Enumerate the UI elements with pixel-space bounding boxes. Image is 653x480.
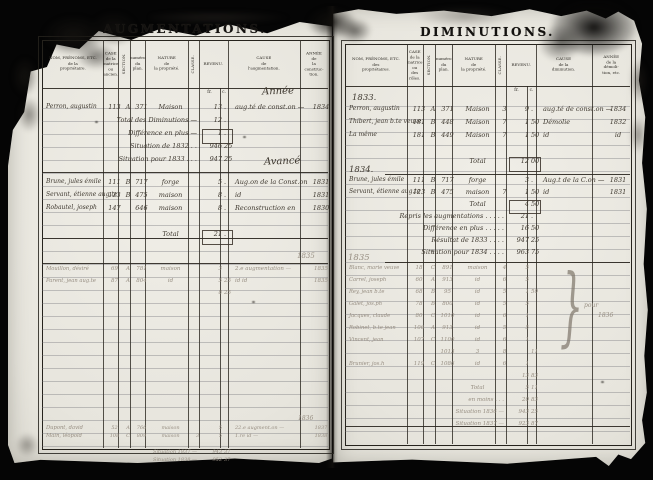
cell-owner-name <box>44 291 107 303</box>
cell-revenu: 5 <box>510 266 540 278</box>
cell-cause <box>232 291 307 303</box>
cell-revenu-centimes: 25 <box>224 156 232 169</box>
cell-section <box>122 442 134 450</box>
cell-revenu-francs: 1 <box>510 132 531 145</box>
cell-revenu-francs: 923 <box>510 422 531 434</box>
cell-plan-number <box>439 374 456 386</box>
cell-classe <box>192 267 203 279</box>
cell-case <box>411 374 427 386</box>
cell-cause <box>540 398 599 410</box>
entries-1834-augmentations: Brune, jules émile 111 B 717 forge 5. Au… <box>44 179 328 244</box>
cell-revenu: 96375 <box>510 249 540 261</box>
speck <box>431 250 434 252</box>
unit-label-francs: fr. <box>201 89 219 94</box>
cell-spanning-note: Différence en plus . . . . . <box>347 225 508 232</box>
entries-bottom-augmentations-pencil: Dupont, david 52 A 766 maison 5 22.e aug… <box>44 426 328 466</box>
cell-year <box>307 442 335 450</box>
cell-revenu: 95237 <box>203 458 232 466</box>
cell-year <box>599 213 637 225</box>
cell-revenu-centimes <box>531 326 540 338</box>
cell-nature: Total <box>456 158 499 171</box>
table-row: 96375 Situation pour 1834 . . . . <box>347 249 630 261</box>
cell-classe: 6 <box>499 362 510 374</box>
col-header-cause: CAUSE de l'augmentation. <box>228 40 300 88</box>
cell-cause <box>540 145 599 158</box>
cell-cause <box>232 458 307 466</box>
cell-nature: id <box>456 362 499 374</box>
cell-revenu-centimes: 87 <box>531 422 540 434</box>
cell-section <box>427 374 439 386</box>
cell-classe <box>192 192 203 205</box>
cell-case: 107 <box>411 338 427 350</box>
cell-section: B <box>122 192 134 205</box>
cell-classe <box>192 231 203 244</box>
cell-cause <box>540 237 599 249</box>
cell-cause <box>232 450 307 458</box>
table-row: 92387 Situation 1837 — <box>347 422 630 434</box>
cell-spanning-note: Situation pour 1834 . . . . <box>347 249 508 256</box>
cell-cause: id <box>540 132 599 145</box>
cell-plan-number: 449 <box>439 132 456 145</box>
cell-spanning-note: Différence en plus — <box>44 130 201 137</box>
cell-cause <box>540 201 599 213</box>
cell-cause <box>540 362 599 374</box>
cell-spanning-note: Situation pour 1833 . . . <box>44 156 201 163</box>
cell-revenu-centimes: 50 <box>531 132 540 145</box>
table-row: 825 <box>44 291 328 303</box>
cell-owner-name <box>347 386 411 398</box>
cell-cause: aug.té de const.on — <box>232 104 307 117</box>
cell-section: B <box>427 189 439 201</box>
cell-owner-name: Servant, étienne aug.te <box>347 189 411 201</box>
speck <box>243 136 246 138</box>
cell-revenu-centimes <box>531 314 540 326</box>
year-heading-1834: 1834. <box>349 165 373 175</box>
cell-cause <box>540 422 599 434</box>
cell-revenu-centimes: 11 <box>531 350 540 362</box>
cell-case <box>107 291 122 303</box>
cell-year <box>599 386 637 398</box>
cell-case <box>411 386 427 398</box>
col-header-nature: NATURE de la propriété. <box>145 40 188 88</box>
cell-year <box>599 326 637 338</box>
cell-revenu-centimes <box>224 426 232 434</box>
cell-plan-number <box>134 442 149 450</box>
table-row: Robautel, joseph 147 646 maison 8. Recon… <box>44 205 328 218</box>
cell-year <box>599 374 637 386</box>
col-header-owner: NOM, PRÉNOMS, ETC. de la propriétaire. <box>42 40 103 88</box>
cell-revenu-centimes: 00 <box>531 158 540 171</box>
table-row <box>44 218 328 231</box>
cell-revenu: 5 <box>510 326 540 338</box>
col-header-annee: ANNÉE de la construc- tion. <box>300 40 328 88</box>
cell-nature: Maison <box>456 132 499 145</box>
cell-spanning-note: Situation 1837 — <box>44 450 201 455</box>
cell-owner-name <box>44 218 107 231</box>
cell-section <box>427 145 439 158</box>
table-row <box>347 145 630 158</box>
cell-revenu: 1200 <box>510 158 540 171</box>
cell-classe <box>499 145 510 158</box>
table-row: Parent, jean aug.te 87 A 804 id 525 id i… <box>44 279 328 291</box>
cell-cause <box>540 386 599 398</box>
cell-year <box>307 291 335 303</box>
cell-revenu-francs: 952 <box>203 458 224 466</box>
cell-spanning-note: Repris les augmentations . . . . . <box>347 213 508 220</box>
col-header-owner: NOM, PRÉNOMS, ETC. des propriétaires. <box>345 44 407 86</box>
table-row: Carrel, joseph 60 A 913 id 6 5 <box>347 278 630 290</box>
cell-revenu: 825 <box>203 291 232 303</box>
cell-revenu: 5 <box>203 434 232 442</box>
year-heading-1833: 1833. <box>352 93 376 103</box>
cell-nature: Total <box>149 231 192 244</box>
cell-classe <box>192 179 203 192</box>
cell-year <box>599 278 637 290</box>
col-header-plan: numéro du plan. <box>435 44 452 86</box>
cell-section: C <box>122 434 134 442</box>
table-row: Blanc, marie veuve 18 C 891 maison 4 5 <box>347 266 630 278</box>
cell-cause <box>232 442 307 450</box>
cell-case: 108 <box>107 434 122 442</box>
grid-line <box>118 40 119 448</box>
cell-spanning-note: Situation 1836 — <box>347 410 508 416</box>
cell-section: C <box>427 338 439 350</box>
table-row: Rey, jean b.te 68 B 95 id 5 150 <box>347 290 630 302</box>
cell-revenu-francs: 1 <box>510 338 531 350</box>
script-annotation-annee: Année <box>262 85 294 97</box>
cell-owner-name: Perron, augustin <box>44 104 107 117</box>
table-row: Servant, étienne aug.te 123 B 475 maison… <box>347 189 630 201</box>
col-header-classe: CLASSE. <box>495 44 506 86</box>
cell-revenu-francs: 21 <box>203 231 224 244</box>
table-row: La même 181 B 449 Maison 7 150 id id <box>347 132 630 145</box>
table-row: 95237 Situation 1838 — <box>44 458 328 466</box>
cell-plan-number <box>134 218 149 231</box>
grid-line <box>103 40 104 448</box>
cell-revenu-francs: 963 <box>510 249 531 261</box>
brace-note: pour <box>584 302 598 309</box>
cell-year <box>599 145 637 158</box>
col-header-annee: ANNÉE de la démoli- tion, etc. <box>592 44 630 86</box>
grouping-brace: } <box>560 264 583 350</box>
cell-year <box>307 450 335 458</box>
cell-revenu-centimes: 50 <box>531 290 540 302</box>
cell-cause <box>232 143 307 156</box>
cell-case <box>107 231 122 244</box>
cell-year: 1838 <box>307 434 335 442</box>
cell-spanning-note: en moins . . . <box>347 398 508 404</box>
cell-owner-name <box>44 231 107 244</box>
cell-revenu-centimes: . <box>224 205 232 218</box>
right-table-header: NOM, PRÉNOMS, ETC. des propriétaires. CA… <box>345 44 630 86</box>
cell-case <box>411 145 427 158</box>
cell-cause: Reconstruction en <box>232 205 307 218</box>
grid-line <box>199 40 200 448</box>
cell-year <box>599 410 637 422</box>
table-row: 1013 3 8 11 <box>347 350 630 362</box>
grid-line <box>345 86 630 87</box>
cell-year <box>307 458 335 466</box>
cell-year <box>307 156 335 169</box>
cell-year <box>599 225 637 237</box>
cell-plan-number <box>134 231 149 244</box>
unit-label-francs: fr. <box>508 87 526 92</box>
cell-section: A <box>122 279 134 291</box>
table-row: Brunier, jos.h 119 C 1086 id 6 1 <box>347 362 630 374</box>
speck <box>95 121 98 123</box>
cell-classe <box>499 374 510 386</box>
table-row: Total 21. <box>44 231 328 244</box>
grid-line <box>300 40 301 448</box>
cell-year <box>599 350 637 362</box>
cell-revenu: 21. <box>203 231 232 244</box>
cell-classe <box>192 218 203 231</box>
cell-case <box>411 158 427 171</box>
cell-year: 1834 <box>307 104 335 117</box>
cell-case: 123 <box>411 189 427 201</box>
cell-owner-name: Brunier, jos.h <box>347 362 411 374</box>
cell-plan-number: 809 <box>134 434 149 442</box>
cell-owner-name: Main, léopold <box>44 434 107 442</box>
grid-line <box>385 262 630 263</box>
cell-owner-name <box>44 442 107 450</box>
cell-revenu: 5 <box>203 426 232 434</box>
left-page-title: AUGMENTATIONS. <box>42 22 328 36</box>
col-header-nature: NATURE de la propriété. <box>452 44 495 86</box>
year-heading-1835: 1835 <box>348 253 370 263</box>
cell-classe <box>192 291 203 303</box>
cell-case: 181 <box>411 132 427 145</box>
cell-revenu-centimes: . <box>224 231 232 244</box>
entries-1833-diminutions: Perron, augustin 113 A 371 Maison 3 9. a… <box>347 106 630 171</box>
cell-revenu-centimes: 75 <box>531 249 540 261</box>
cell-cause <box>540 213 599 225</box>
cell-year <box>599 338 637 350</box>
speck <box>252 301 255 303</box>
pencil-year-annotation: 1836 <box>298 415 313 422</box>
table-row: Robinet, b.te jean 106 A 913 id 5 5 <box>347 326 630 338</box>
cell-revenu-centimes: 37 <box>224 458 232 466</box>
grid-line <box>130 40 131 448</box>
cell-cause <box>540 410 599 422</box>
cell-year <box>599 237 637 249</box>
cell-plan-number: 804 <box>134 279 149 291</box>
scanned-register-spread: AUGMENTATIONS. DIMINUTIONS. NOM, PRÉNOMS… <box>0 0 653 480</box>
col-header-revenu: REVENU. <box>506 44 536 86</box>
cell-plan-number: 1086 <box>439 362 456 374</box>
pencil-year-annotation: 1835 <box>297 252 315 260</box>
script-annotation-avance: Avancé <box>264 155 301 167</box>
col-header-cause: CAUSE de la diminution. <box>536 44 592 86</box>
cell-spanning-note: Total des Diminutions — <box>44 117 201 124</box>
cell-nature <box>149 291 192 303</box>
cell-year <box>599 290 637 302</box>
cell-year <box>599 158 637 171</box>
cell-revenu: 5 <box>510 302 540 314</box>
cell-section <box>122 205 134 218</box>
cell-cause: id <box>540 189 599 201</box>
cell-spanning-note: Situation 1837 — <box>347 422 508 428</box>
grid-line <box>42 263 328 264</box>
cell-year <box>307 218 335 231</box>
cell-classe <box>192 279 203 291</box>
cell-cause <box>540 374 599 386</box>
grid-line <box>385 174 630 175</box>
cell-year <box>599 422 637 434</box>
cell-year <box>599 362 637 374</box>
col-header-section: SECTION. <box>118 40 130 88</box>
cell-spanning-note: Situation 1838 — <box>44 458 201 463</box>
cell-owner-name: La même <box>347 132 411 145</box>
cell-plan-number: 646 <box>134 205 149 218</box>
cell-year <box>307 130 335 143</box>
cell-cause: Aug.on de la Const.on <box>232 179 307 192</box>
cell-revenu-francs: 12 <box>510 158 531 171</box>
table-row: 1383 <box>347 374 630 386</box>
cell-section: C <box>427 362 439 374</box>
cell-year <box>307 143 335 156</box>
cell-section <box>122 218 134 231</box>
cell-revenu-francs: 947 <box>203 156 224 169</box>
cell-case: 147 <box>107 205 122 218</box>
cell-revenu: 8. <box>203 205 232 218</box>
cell-revenu-centimes <box>531 302 540 314</box>
cell-case <box>107 442 122 450</box>
table-row: Dupont, david 52 A 766 maison 5 22.e aug… <box>44 426 328 434</box>
cell-case: 87 <box>107 279 122 291</box>
cell-revenu: 11 <box>510 350 540 362</box>
cell-classe: 3 <box>192 434 203 442</box>
cell-revenu: 94725 <box>203 156 232 169</box>
cell-cause: 1.re id — <box>232 434 307 442</box>
cell-revenu-francs: 8 <box>203 291 224 303</box>
cell-spanning-note: Situation de 1832 . . <box>44 143 201 150</box>
right-page-title: DIMINUTIONS. <box>345 25 630 39</box>
cell-revenu-francs: 5 <box>203 434 224 442</box>
cell-year <box>599 266 637 278</box>
cell-nature: maison <box>149 434 192 442</box>
cell-year <box>307 231 335 244</box>
cell-cause <box>232 218 307 231</box>
cell-revenu-centimes <box>531 266 540 278</box>
grid-line <box>228 40 229 448</box>
cell-year <box>599 201 637 213</box>
cell-year <box>599 398 637 410</box>
cell-revenu: 150 <box>510 290 540 302</box>
table-row: Vincent, jean 107 C 1100 id 6 1 <box>347 338 630 350</box>
cell-spanning-note: Résultat de 1833 . . . . <box>347 237 508 244</box>
cell-case: 119 <box>411 362 427 374</box>
cell-year: 1835 <box>307 279 335 291</box>
cell-owner-name: Vincent, jean <box>347 338 411 350</box>
entries-1834-diminutions: Brune, jules émile 111 B 717 forge 3. Au… <box>347 177 630 261</box>
col-header-case: CASE de la matrice ou des rôles. <box>407 44 423 86</box>
cell-plan-number <box>439 386 456 398</box>
cell-revenu-francs: 8 <box>203 205 224 218</box>
unit-label-centimes: c. <box>221 89 228 94</box>
cell-nature: maison <box>149 205 192 218</box>
cell-cause: id id <box>232 279 307 291</box>
grid-line <box>145 40 146 448</box>
cell-revenu: 1 <box>510 314 540 326</box>
col-header-section: SECTION. <box>423 44 435 86</box>
cell-classe <box>192 205 203 218</box>
cell-revenu-centimes: 25 <box>224 291 232 303</box>
cell-revenu: 92387 <box>510 422 540 434</box>
col-header-revenu: REVENU. <box>199 40 228 88</box>
cell-cause <box>232 117 307 130</box>
speck <box>601 381 604 383</box>
cell-classe <box>499 158 510 171</box>
cell-section <box>122 231 134 244</box>
cell-section <box>122 291 134 303</box>
cell-case <box>107 218 122 231</box>
cell-classe: 7 <box>499 132 510 145</box>
cell-year: id <box>599 132 637 145</box>
cell-section: B <box>427 132 439 145</box>
cell-owner-name: Parent, jean aug.te <box>44 279 107 291</box>
col-header-classe: CLASSE. <box>188 40 199 88</box>
cell-year: 1831 <box>599 189 637 201</box>
cell-plan-number <box>134 291 149 303</box>
left-table-header: NOM, PRÉNOMS, ETC. de la propriétaire. C… <box>42 40 328 88</box>
cell-year <box>599 249 637 261</box>
cell-owner-name: Robautel, joseph <box>44 205 107 218</box>
cell-year: 1830 <box>307 205 335 218</box>
cell-revenu: 150 <box>510 132 540 145</box>
cell-cause <box>232 231 307 244</box>
table-row: Total 1200 <box>347 158 630 171</box>
grid-line <box>188 40 189 448</box>
cell-cause <box>540 158 599 171</box>
table-row: Main, léopold 108 C 809 maison 3 5 1.re … <box>44 434 328 442</box>
unit-label-centimes: c. <box>528 87 536 92</box>
col-header-plan: numéro du plan. <box>130 40 145 88</box>
col-header-case: CASE de la matrice ou ancien. <box>103 40 118 88</box>
grid-line <box>42 172 328 173</box>
cell-owner-name <box>347 145 411 158</box>
cell-plan-number <box>439 158 456 171</box>
brace-note-year: 1836 <box>598 312 613 319</box>
entries-1835-augmentations-pencil: Mouillon, désiré 69 A 781 maison 3 2.e a… <box>44 267 328 303</box>
cell-classe: 7 <box>499 189 510 201</box>
cell-section <box>427 386 439 398</box>
entries-1835-diminutions-pencil: Blanc, marie veuve 18 C 891 maison 4 5 C… <box>347 266 630 434</box>
cell-plan-number <box>439 145 456 158</box>
cell-owner-name <box>347 374 411 386</box>
cell-nature: id <box>149 279 192 291</box>
cell-year <box>307 117 335 130</box>
cell-section <box>427 158 439 171</box>
cell-cause <box>540 225 599 237</box>
cell-revenu-centimes <box>224 434 232 442</box>
cell-plan-number: 475 <box>439 189 456 201</box>
